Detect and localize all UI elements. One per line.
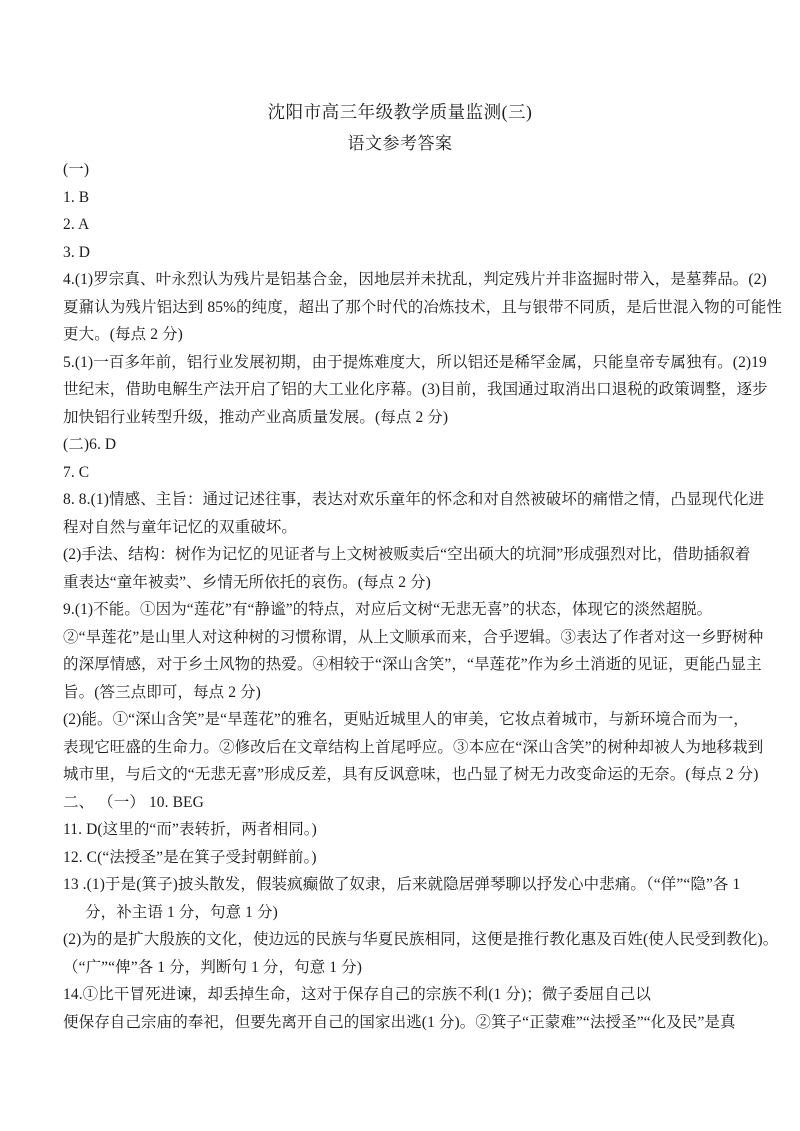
- document-title: 沈阳市高三年级教学质量监测(三): [63, 100, 737, 124]
- document-line: (2)能。①“深山含笑”是“旱莲花”的雅名，更贴近城里人的审美，它妆点着城市，与…: [63, 706, 737, 734]
- document-line: 8. 8.(1)情感、主旨：通过记述往事，表达对欢乐童年的怀念和对自然被破坏的痛…: [63, 486, 737, 514]
- document-line: （“广”“俾”各 1 分，判断句 1 分，句意 1 分): [63, 954, 737, 982]
- document-body: 沈阳市高三年级教学质量监测(三) 语文参考答案 (一)1. B2. A3. D4…: [63, 100, 737, 1036]
- document-line: 的深厚情感，对于乡土风物的热爱。④相较于“深山含笑”，“旱莲花”作为乡土消逝的见…: [63, 651, 737, 679]
- document-line: 更大。(每点 2 分): [63, 321, 737, 349]
- document-line: 城市里，与后文的“无悲无喜”形成反差，具有反讽意味，也凸显了树无力改变命运的无奈…: [63, 761, 737, 789]
- document-line: 旨。(答三点即可，每点 2 分): [63, 679, 737, 707]
- document-line: 表现它旺盛的生命力。②修改后在文章结构上首尾呼应。③本应在“深山含笑”的树种却被…: [63, 734, 737, 762]
- document-line: 便保存自己宗庙的奉祀，但要先离开自己的国家出逃(1 分)。②箕子“正蒙难”“法授…: [63, 1009, 737, 1037]
- document-line: (一): [63, 156, 737, 184]
- document-line: 重表达“童年被卖”、乡情无所依托的哀伤。(每点 2 分): [63, 569, 737, 597]
- document-line: 4.(1)罗宗真、叶永烈认为残片是铝基合金，因地层并未扰乱，判定残片并非盗掘时带…: [63, 266, 737, 294]
- document-line: 分，补主语 1 分，句意 1 分): [63, 899, 737, 927]
- document-line: 13 .(1)于是(箕子)披头散发，假装疯癫做了奴隶，后来就隐居弹琴聊以抒发心中…: [63, 871, 737, 899]
- document-line: 程对自然与童年记忆的双重破坏。: [63, 514, 737, 542]
- document-line: 11. D(这里的“而”表转折，两者相同。): [63, 816, 737, 844]
- document-lines: (一)1. B2. A3. D4.(1)罗宗真、叶永烈认为残片是铝基合金，因地层…: [63, 156, 737, 1036]
- document-line: 14.①比干冒死进谏，却丢掉生命，这对于保存自己的宗族不利(1 分)；微子委屈自…: [63, 981, 737, 1009]
- document-line: (2)手法、结构：树作为记忆的见证者与上文树被贩卖后“空出硕大的坑洞”形成强烈对…: [63, 541, 737, 569]
- document-line: 9.(1)不能。①因为“莲花”有“静谧”的特点，对应后文树“无悲无喜”的状态，体…: [63, 596, 737, 624]
- document-line: 夏鼐认为残片铝达到 85%的纯度，超出了那个时代的冶炼技术，且与银带不同质，是后…: [63, 294, 737, 322]
- document-line: 7. C: [63, 459, 737, 487]
- document-subtitle: 语文参考答案: [63, 132, 737, 156]
- document-line: 12. C(“法授圣”是在箕子受封朝鲜前。): [63, 844, 737, 872]
- document-line: 3. D: [63, 239, 737, 267]
- document-line: 二、 （一） 10. BEG: [63, 789, 737, 817]
- document-line: ②“旱莲花”是山里人对这种树的习惯称谓，从上文顺承而来，合乎逻辑。③表达了作者对…: [63, 624, 737, 652]
- document-line: 5.(1)一百多年前，铝行业发展初期，由于提炼难度大，所以铝还是稀罕金属，只能皇…: [63, 349, 737, 377]
- document-page: 沈阳市高三年级教学质量监测(三) 语文参考答案 (一)1. B2. A3. D4…: [0, 0, 800, 1131]
- document-line: (二)6. D: [63, 431, 737, 459]
- document-line: 加快铝行业转型升级，推动产业高质量发展。(每点 2 分): [63, 404, 737, 432]
- document-line: (2)为的是扩大殷族的文化，使边远的民族与华夏民族相同，这便是推行教化惠及百姓(…: [63, 926, 737, 954]
- document-line: 2. A: [63, 211, 737, 239]
- document-line: 1. B: [63, 184, 737, 212]
- document-line: 世纪末，借助电解生产法开启了铝的大工业化序幕。(3)目前，我国通过取消出口退税的…: [63, 376, 737, 404]
